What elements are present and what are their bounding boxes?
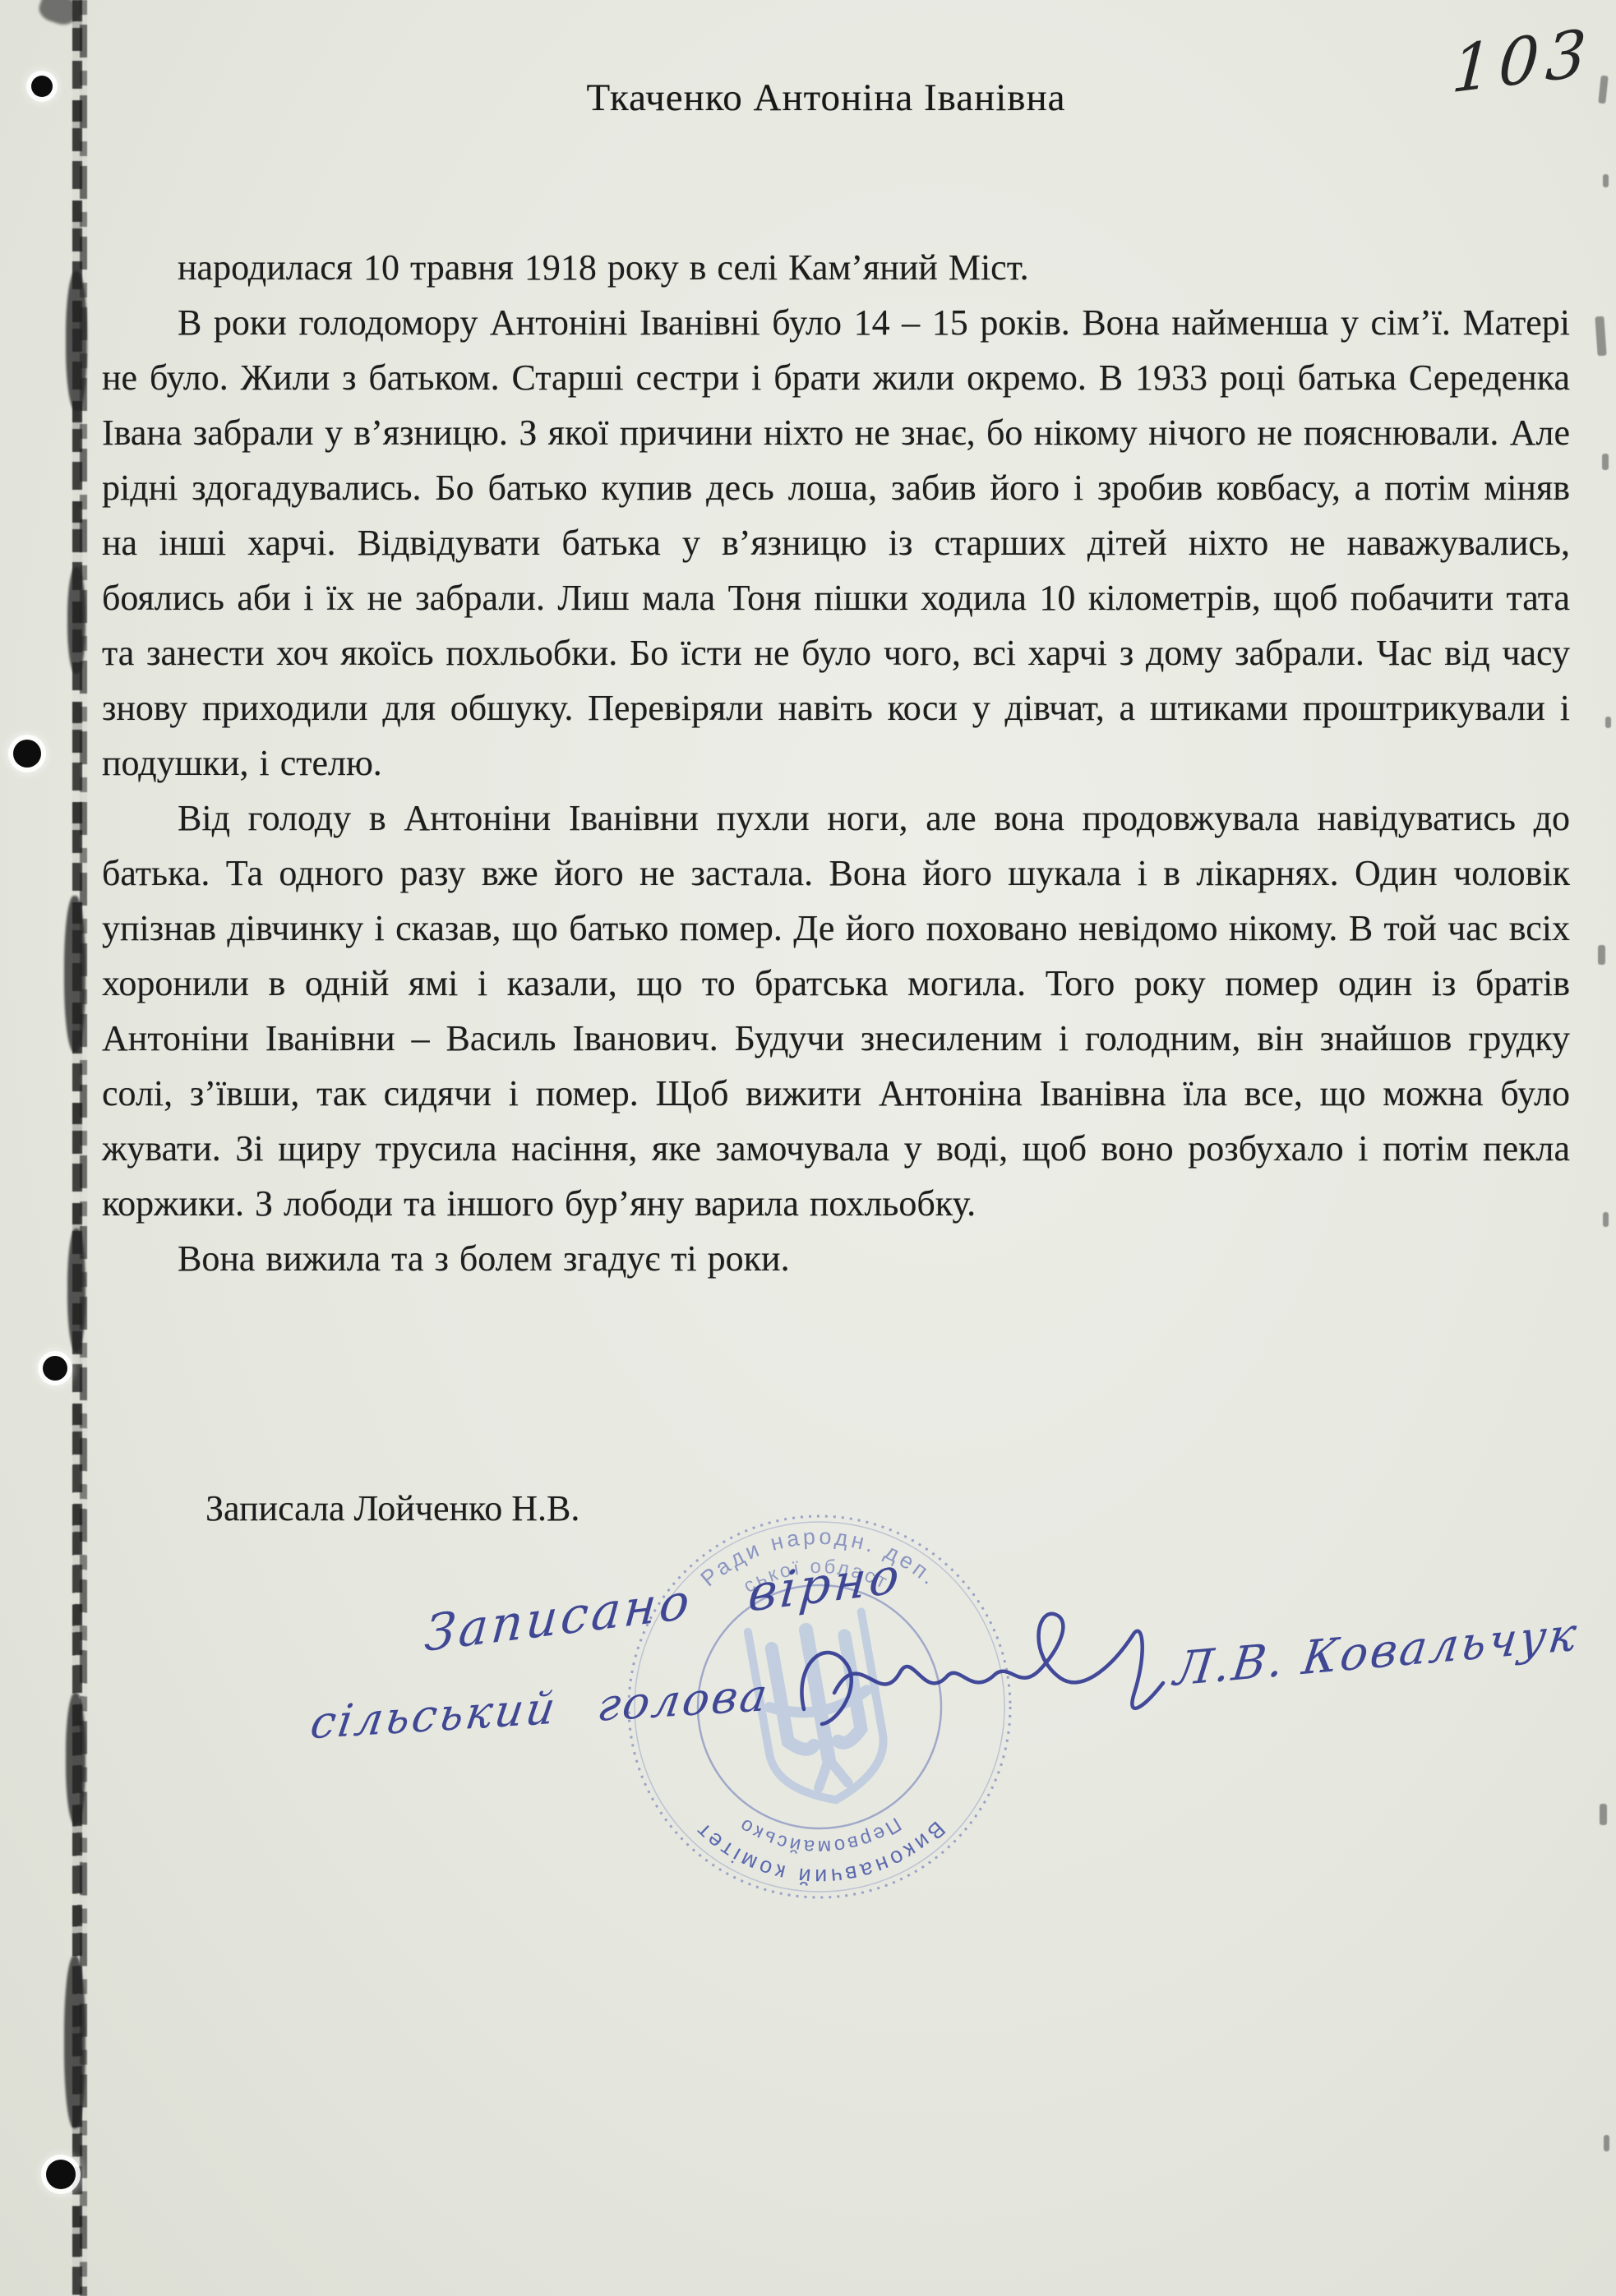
page-title: Ткаченко Антоніна Іванівна: [587, 76, 1066, 120]
scan-edge-mark: [1604, 2135, 1609, 2151]
scan-edge-mark: [1598, 945, 1605, 965]
scan-smudge: [64, 896, 85, 1052]
handwritten-signer-name: Л.В. Ковальчук: [1171, 1607, 1581, 1697]
document-body: народилася 10 травня 1918 року в селі Ка…: [102, 240, 1570, 1286]
scan-smudge: [66, 1693, 85, 1824]
recorded-by-line: Записала Лойченко Н.В.: [205, 1487, 579, 1529]
hole-punch: [46, 2160, 76, 2189]
scan-edge-mark: [1603, 174, 1609, 187]
scanned-document-page: 103 Ткаченко Антоніна Іванівна народилас…: [0, 0, 1616, 2296]
paragraph-survival: Вона вижила та з болем згадує ті роки.: [102, 1231, 1570, 1286]
paragraph-father-death: Від голоду в Антоніни Іванівни пухли ног…: [102, 791, 1570, 1231]
scan-smudge: [66, 271, 87, 411]
scan-smudge: [64, 1956, 85, 2128]
scan-edge-mark: [1602, 454, 1609, 470]
hole-punch: [43, 1356, 67, 1381]
page-number: 103: [1450, 15, 1595, 108]
scan-edge-mark: [1595, 316, 1606, 357]
hole-punch: [13, 740, 41, 768]
stamp-text-inner-bottom: Первомайсько: [734, 1813, 905, 1858]
scan-smudge: [36, 0, 81, 28]
svg-text:Первомайсько: Первомайсько: [734, 1813, 905, 1858]
paragraph-famine-years: В роки голодомору Антоніні Іванівні було…: [102, 295, 1570, 791]
page-number-handwritten: 103: [1448, 12, 1613, 110]
scan-edge-mark: [1600, 1804, 1607, 1825]
scan-edge-mark: [1605, 717, 1611, 728]
handwritten-signature: [789, 1586, 1184, 1759]
paragraph-birth: народилася 10 травня 1918 року в селі Ка…: [102, 240, 1570, 295]
scan-smudge: [67, 1229, 85, 1352]
scan-edge-mark: [1603, 1212, 1609, 1227]
signature-stroke: [801, 1614, 1163, 1724]
hole-punch: [31, 76, 53, 97]
scan-smudge: [67, 567, 85, 674]
